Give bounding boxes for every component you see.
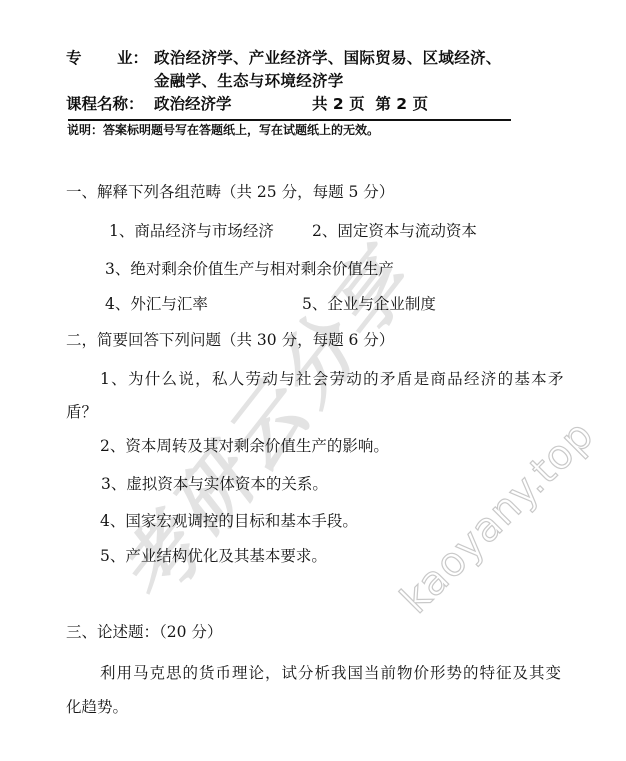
header-divider — [68, 119, 511, 121]
question-item: 4、外汇与汇率 — [105, 297, 208, 313]
section-3-heading: 三、论述题：（20 分） — [66, 625, 222, 641]
instructions-note: 说明：答案标明题号写在答题纸上，写在试题纸上的无效。 — [67, 124, 379, 136]
question-item: 5、产业结构优化及其基本要求。 — [100, 549, 327, 565]
course-value: 政治经济学 — [154, 97, 232, 113]
question-item-continuation: 盾？ — [66, 405, 97, 421]
exam-page: 专 业： 政治经济学、产业经济学、国际贸易、区域经济、 金融学、生态与环境经济学… — [0, 0, 626, 761]
question-item: 3、虚拟资本与实体资本的关系。 — [101, 477, 328, 493]
major-label-char1: 专 — [66, 51, 82, 67]
major-value-line2: 金融学、生态与环境经济学 — [154, 74, 344, 90]
essay-question-continuation: 化趋势。 — [66, 700, 128, 716]
question-item: 2、固定资本与流动资本 — [312, 224, 477, 240]
section-2-heading: 二，简要回答下列问题（共 30 分，每题 6 分） — [66, 333, 394, 349]
page-info: 共 2 页 第 2 页 — [312, 97, 428, 113]
major-value-line1: 政治经济学、产业经济学、国际贸易、区域经济、 — [154, 51, 502, 67]
question-item: 2、资本周转及其对剩余价值生产的影响。 — [100, 439, 389, 455]
section-1-heading: 一、解释下列各组范畴（共 25 分，每题 5 分） — [66, 185, 394, 201]
question-item: 3、绝对剩余价值生产与相对剩余价值生产 — [105, 262, 394, 278]
question-item: 5、企业与企业制度 — [302, 297, 436, 313]
question-item: 1、商品经济与市场经济 — [109, 224, 274, 240]
question-item: 1、为什么说，私人劳动与社会劳动的矛盾是商品经济的基本矛 — [100, 372, 565, 388]
major-label-char2: 业： — [117, 51, 148, 67]
course-label: 课程名称： — [66, 97, 144, 113]
question-item: 4、国家宏观调控的目标和基本手段。 — [100, 514, 358, 530]
essay-question: 利用马克思的货币理论，试分析我国当前物价形势的特征及其变 — [100, 666, 562, 682]
